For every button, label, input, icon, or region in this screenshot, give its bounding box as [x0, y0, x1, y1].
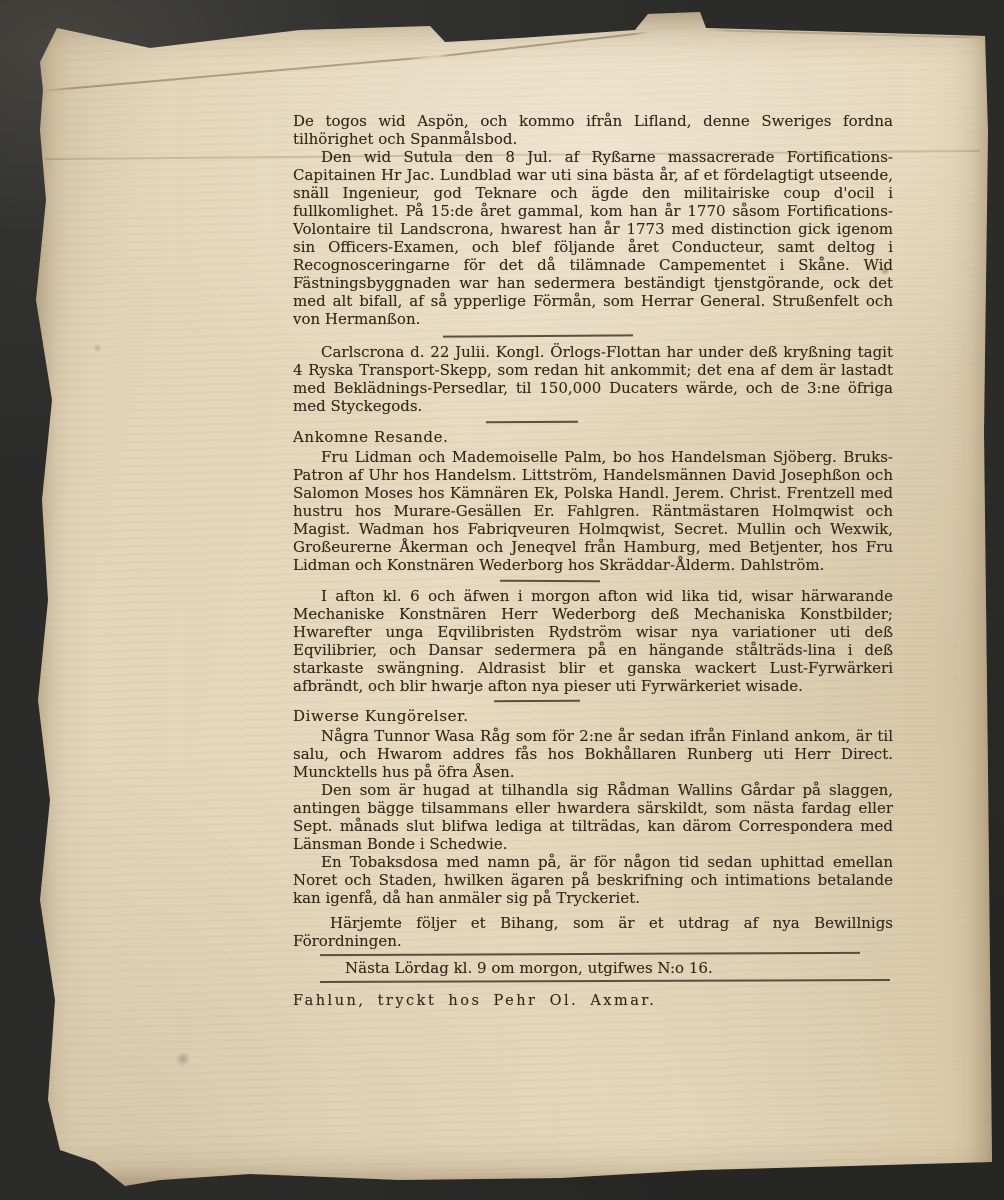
- printer-imprint: Fahlun, tryckt hos Pehr Ol. Axmar.: [293, 992, 893, 1010]
- divider-rule: [500, 580, 600, 583]
- foxing-spot: [93, 344, 102, 352]
- paragraph-next-issue: Nästa Lördag kl. 9 om morgon, utgifwes N…: [293, 959, 893, 977]
- paragraph-evening-show: I afton kl. 6 och äfwen i morgon afton w…: [293, 587, 893, 695]
- divider-rule-long: [320, 952, 860, 956]
- paragraph-aspon: De togos wid Aspön, och kommo ifrån Lifl…: [293, 112, 893, 148]
- section-heading-announcements: Diwerse Kungörelser.: [293, 707, 893, 725]
- divider-rule: [486, 421, 578, 423]
- paragraph-lost-snuffbox: En Tobaksdosa med namn på, är för någon …: [293, 853, 893, 907]
- foxing-spot: [175, 1052, 191, 1066]
- torn-edge-seam: [41, 55, 440, 92]
- paragraph-supplement-notice: Härjemte följer et Bihang, som är et utd…: [293, 914, 893, 950]
- scan-background: { "colors": { "background": "#2b2b2a", "…: [0, 0, 1004, 1200]
- paragraph-carlscrona-news: Carlscrona d. 22 Julii. Kongl. Örlogs-Fl…: [293, 343, 893, 415]
- paragraph-lundblad-obituary: Den wid Sutula den 8 Jul. af Ryßarne mas…: [293, 148, 893, 328]
- paragraph-rye-for-sale: Några Tunnor Wasa Råg som för 2:ne år se…: [293, 727, 893, 781]
- newspaper-page: De togos wid Aspön, och kommo ifrån Lifl…: [35, 12, 992, 1187]
- paragraph-wallin-estates: Den som är hugad at tilhandla sig Rådman…: [293, 781, 893, 853]
- torn-edge-seam: [705, 29, 985, 39]
- divider-rule-long: [320, 979, 890, 983]
- torn-edge-seam: [433, 31, 650, 58]
- divider-rule: [494, 700, 580, 702]
- divider-rule: [443, 334, 633, 337]
- paragraph-arrived-travellers: Fru Lidman och Mademoiselle Palm, bo hos…: [293, 448, 893, 574]
- text-column: De togos wid Aspön, och kommo ifrån Lifl…: [293, 112, 893, 1010]
- section-heading-arrivals: Ankomne Resande.: [293, 428, 893, 446]
